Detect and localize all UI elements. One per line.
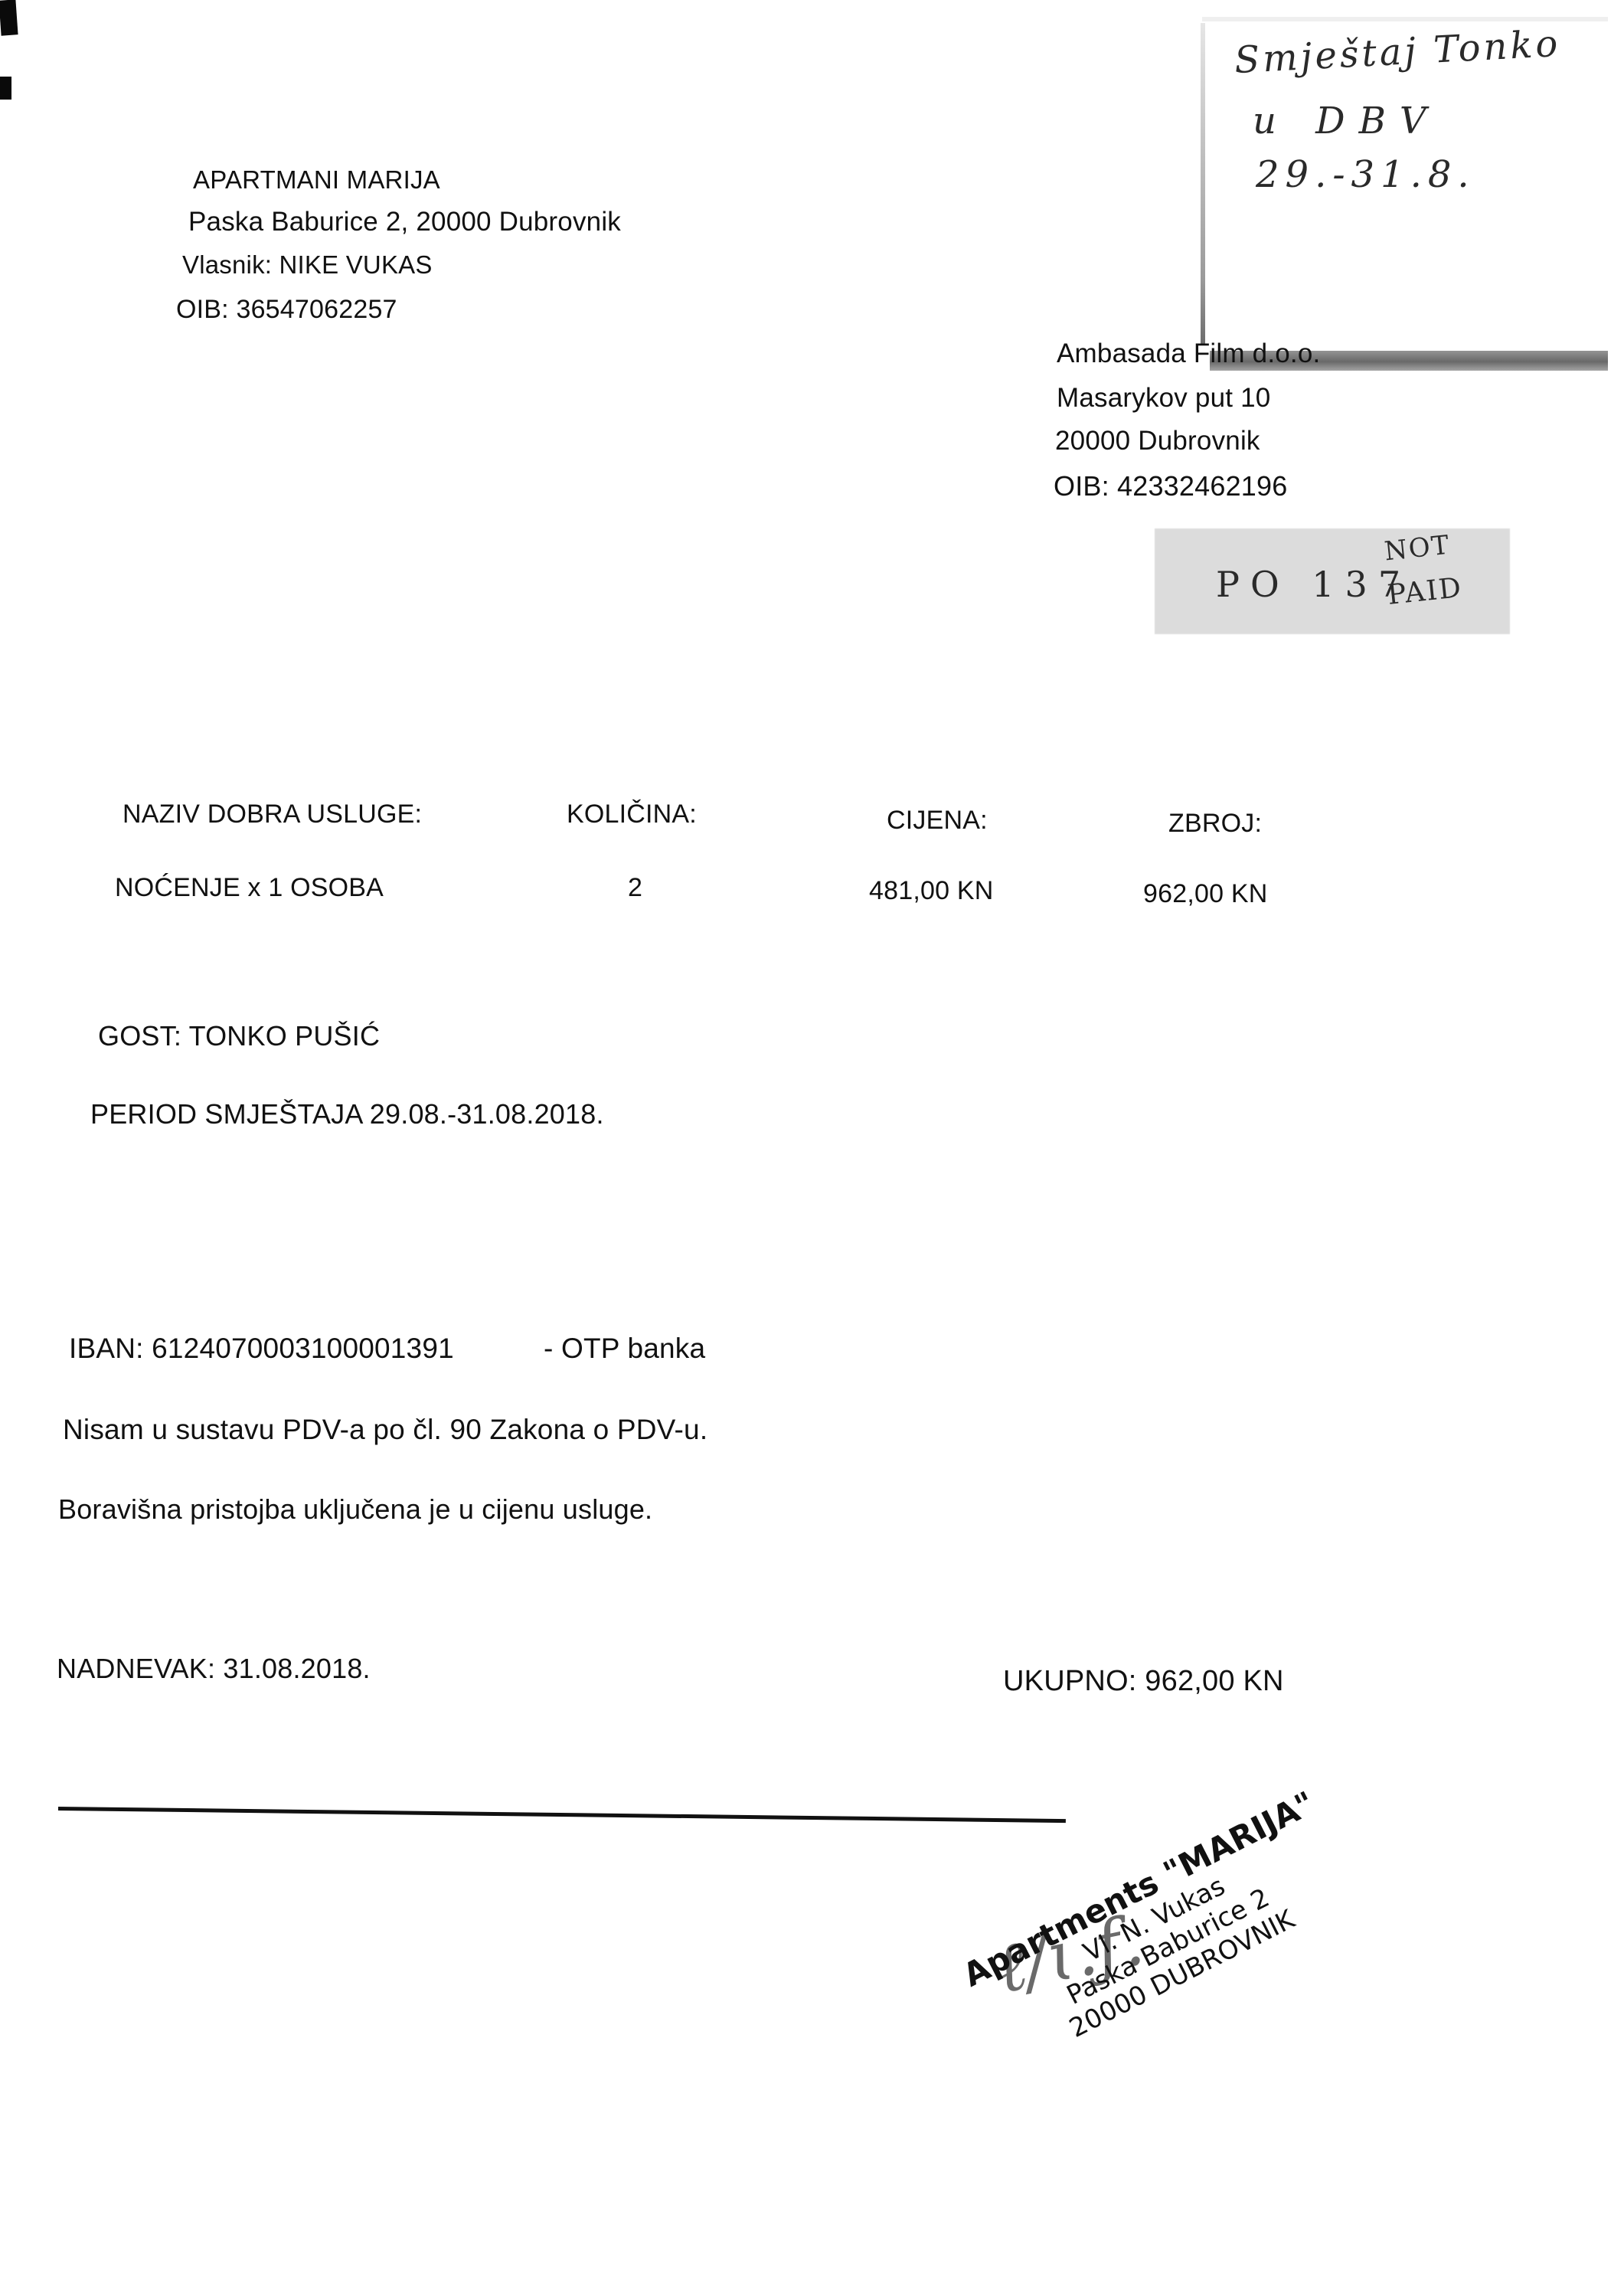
- cell-total: 962,00 KN: [1143, 879, 1267, 909]
- recipient-city: 20000 Dubrovnik: [1055, 426, 1260, 456]
- cell-quantity: 2: [628, 873, 642, 903]
- bank-name: - OTP banka: [544, 1333, 705, 1365]
- recipient-name: Ambasada Film d.o.o.: [1057, 339, 1320, 369]
- guest-name: GOST: TONKO PUŠIĆ: [98, 1020, 380, 1052]
- recipient-oib: OIB: 42332462196: [1054, 470, 1287, 502]
- header-price: CIJENA:: [887, 806, 988, 836]
- cell-item-name: NOĆENJE x 1 OSOBA: [115, 873, 384, 903]
- issuer-name: APARTMANI MARIJA: [193, 165, 440, 195]
- table-header: NAZIV DOBRA USLUGE: KOLIČINA: CIJENA: ZB…: [0, 800, 1624, 838]
- recipient-street: Masarykov put 10: [1057, 383, 1270, 414]
- sticky-note-edge-left: [1201, 23, 1205, 345]
- sticky-note-edge-top: [1202, 17, 1608, 21]
- po-number: PO 137: [1216, 564, 1411, 605]
- scan-artifact-top: [0, 0, 18, 36]
- vat-note: Nisam u sustavu PDV-a po čl. 90 Zakona o…: [63, 1414, 707, 1446]
- invoice-date: NADNEVAK: 31.08.2018.: [57, 1653, 371, 1685]
- header-quantity: KOLIČINA:: [567, 800, 697, 829]
- tourist-tax-note: Boravišna pristojba uključena je u cijen…: [58, 1493, 652, 1526]
- header-total: ZBROJ:: [1168, 809, 1262, 839]
- issuer-owner: Vlasnik: NIKE VUKAS: [182, 250, 433, 280]
- table-row: NOĆENJE x 1 OSOBA 2 481,00 KN 962,00 KN: [0, 873, 1624, 911]
- signature-line: [58, 1807, 1066, 1823]
- handwritten-note-line3: 29.-31.8.: [1256, 153, 1475, 196]
- issuer-address: Paska Baburice 2, 20000 Dubrovnik: [188, 207, 621, 237]
- scan-artifact-bottom: [0, 77, 11, 100]
- handwritten-note-line2: u DBV: [1253, 100, 1440, 142]
- header-item-name: NAZIV DOBRA USLUGE:: [123, 800, 422, 829]
- company-stamp: Apartments "MARIJA" Vl. N. Vukas Paska B…: [957, 1784, 1362, 2076]
- iban: IBAN: 6124070003100001391: [69, 1333, 454, 1365]
- cell-price: 481,00 KN: [869, 876, 993, 906]
- issuer-oib: OIB: 36547062257: [176, 295, 397, 325]
- invoice-total: UKUPNO: 962,00 KN: [1003, 1665, 1284, 1698]
- handwritten-note-line1: Smještaj Tonko: [1234, 22, 1562, 82]
- stay-period: PERIOD SMJEŠTAJA 29.08.-31.08.2018.: [90, 1098, 604, 1130]
